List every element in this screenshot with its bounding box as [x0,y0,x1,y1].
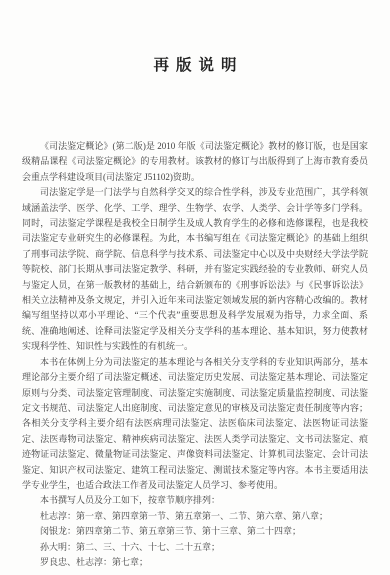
book-page: 再版说明 《司法鉴定概论》(第二版)是 2010 年版《司法鉴定概论》教材的修订… [0,0,390,575]
page-title: 再版说明 [0,0,390,76]
paragraph-discipline-overview: 司法鉴定学是一门法学与自然科学交叉的综合性学科，涉及专业范围广，其学科领域涵盖法… [22,185,368,354]
paragraph-book-structure: 本书在体例上分为司法鉴定的基本理论与各相关分支学科的专业知识两部分，基本理论部分… [22,355,368,494]
paragraph-intro-edition: 《司法鉴定概论》(第二版)是 2010 年版《司法鉴定概论》教材的修订版，也是国… [22,139,368,185]
page-body: 《司法鉴定概论》(第二版)是 2010 年版《司法鉴定概论》教材的修订版，也是国… [22,139,368,570]
contributor-line: 孙大明：第二、三、十六、十七、二十五章； [22,540,368,555]
contributors-intro: 本书撰写人员及分工如下，按章节顺序排列： [22,493,368,508]
contributor-line: 罗良忠、杜志淳：第七章； [22,555,368,570]
contributor-line: 闵银龙：第四章第二节、第五章第三节、第十三章、第二十四章； [22,524,368,539]
contributor-line: 杜志淳：第一章、第四章第一节、第五章第一、二节、第六章、第八章； [22,509,368,524]
